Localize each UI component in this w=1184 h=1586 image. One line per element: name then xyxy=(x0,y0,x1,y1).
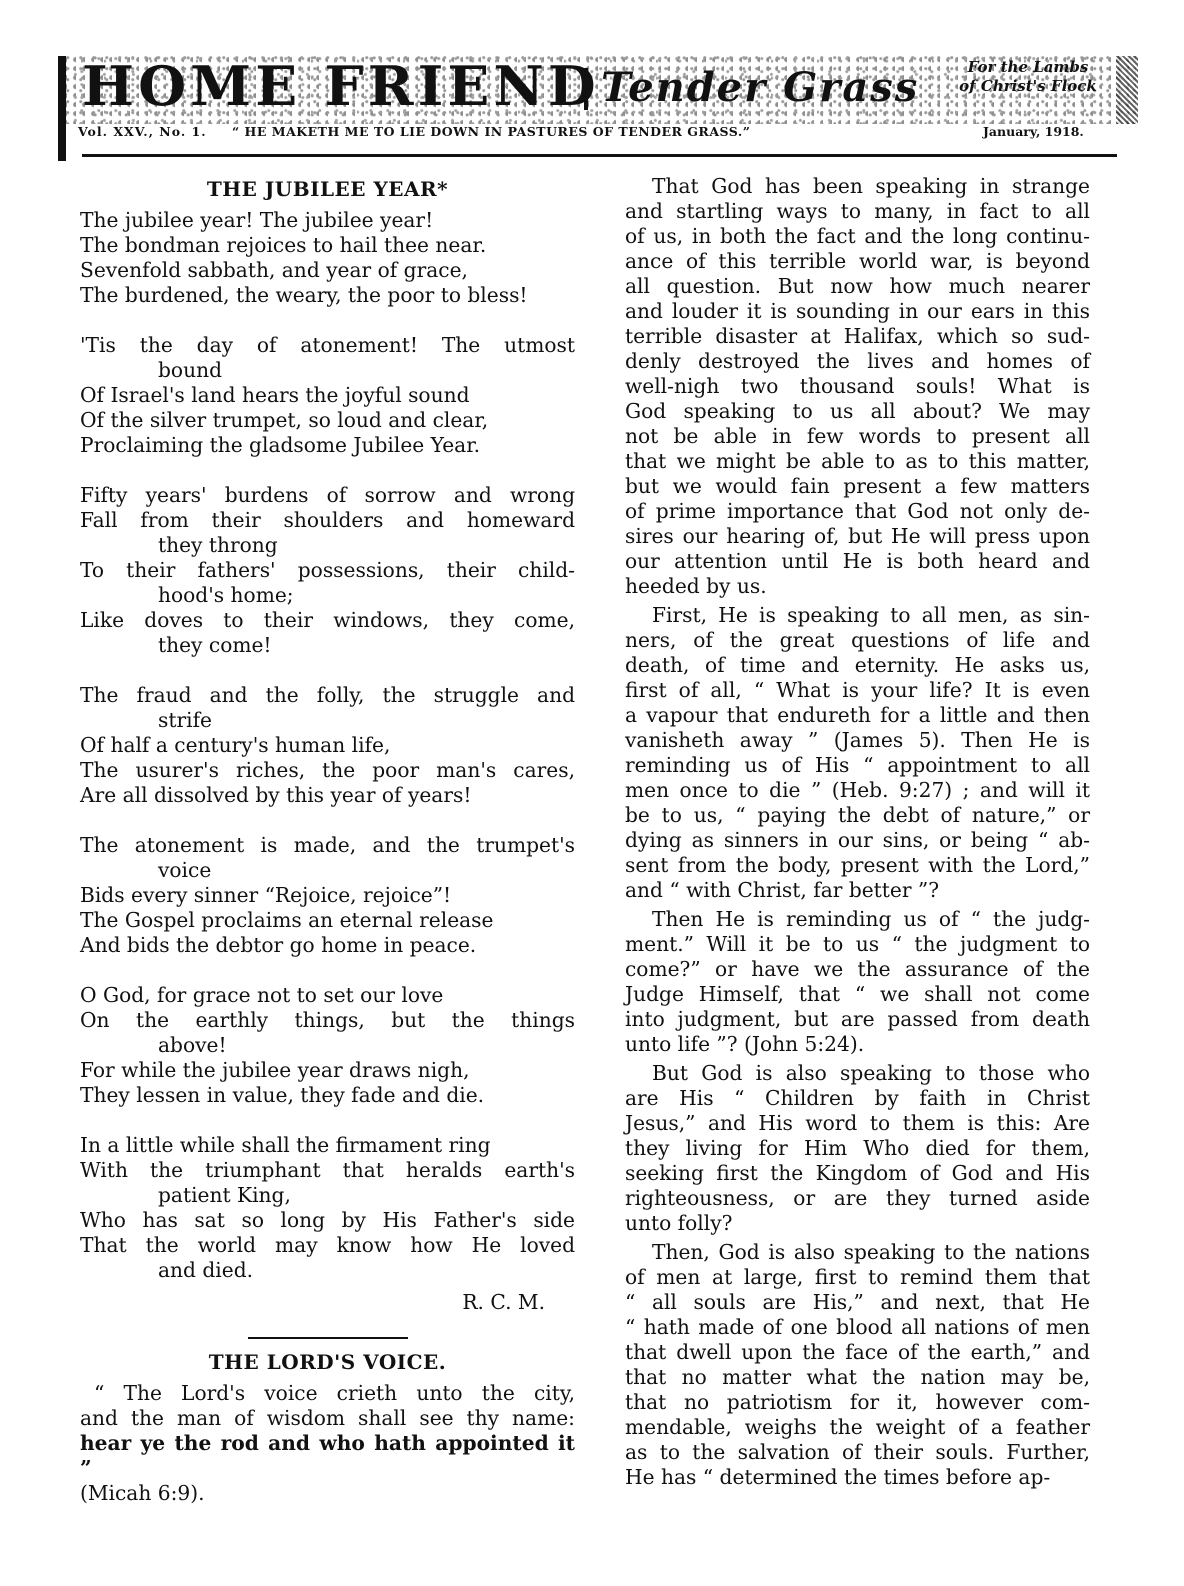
masthead-right-ornament xyxy=(1116,56,1138,124)
poem-stanza: The jubilee year! The jubilee year!The b… xyxy=(80,208,575,308)
masthead: HOME FRIEND Tender Grass For the Lambs o… xyxy=(58,54,1138,164)
article-line: well-nigh two thousand souls! What is xyxy=(598,374,1090,399)
publication-subtitle: Tender Grass xyxy=(601,62,919,114)
article-line: come?” or have we the assurance of the xyxy=(598,957,1090,982)
article-line: vanisheth away ” (James 5). Then He is xyxy=(598,728,1090,753)
article-body: That God has been speaking in strangeand… xyxy=(598,174,1090,1490)
poem-line: Like doves to their windows, they come, xyxy=(80,608,575,633)
poem-line: The fraud and the folly, the struggle an… xyxy=(80,683,575,708)
article-line: and startling ways to many, in fact to a… xyxy=(598,199,1090,224)
poem-line: Of Israel's land hears the joyful sound xyxy=(80,383,575,408)
article-line: Then, God is also speaking to the nation… xyxy=(598,1240,1090,1265)
article-line: men once to die ” (Heb. 9:27) ; and will… xyxy=(598,778,1090,803)
poem-line: Bids every sinner “Rejoice, rejoice”! xyxy=(80,883,575,908)
article-line: He has “ determined the times before ap- xyxy=(598,1465,1090,1490)
poem-stanza: The atonement is made, and the trumpet's… xyxy=(80,833,575,958)
tagline-line-1: For the Lambs xyxy=(938,58,1118,77)
article-line: not be able in few words to present all xyxy=(598,424,1090,449)
article-paragraph: Then He is reminding us of “ the judg-me… xyxy=(598,907,1090,1057)
section-divider xyxy=(248,1337,408,1339)
poem-line: bound xyxy=(80,358,575,383)
poem-line: Who has sat so long by His Father's side xyxy=(80,1208,575,1233)
article-line: ment.” Will it be to us “ the judgment t… xyxy=(598,932,1090,957)
lords-voice-quote: “ The Lord's voice crieth unto the city,… xyxy=(80,1381,575,1506)
poem-line: Fall from their shoulders and homeward xyxy=(80,508,575,533)
left-column: THE JUBILEE YEAR* The jubilee year! The … xyxy=(80,174,575,1506)
poem-line: The usurer's riches, the poor man's care… xyxy=(80,758,575,783)
poem-line: hood's home; xyxy=(80,583,575,608)
poem-line: To their fathers' possessions, their chi… xyxy=(80,558,575,583)
article-line: dying as sinners in our sins, or being “… xyxy=(598,828,1090,853)
article-line: denly destroyed the lives and homes of xyxy=(598,349,1090,374)
article-paragraph: But God is also speaking to those whoare… xyxy=(598,1061,1090,1236)
poem-line: With the triumphant that heralds earth's xyxy=(80,1158,575,1183)
masthead-rule xyxy=(82,154,1117,157)
article-line: Then He is reminding us of “ the judg- xyxy=(598,907,1090,932)
poem-line: Proclaiming the gladsome Jubilee Year. xyxy=(80,433,575,458)
article-line: reminding us of His “ appointment to all xyxy=(598,753,1090,778)
poem-line: On the earthly things, but the things xyxy=(80,1008,575,1033)
poem-line: The bondman rejoices to hail thee near. xyxy=(80,233,575,258)
article-line: “ hath made of one blood all nations of … xyxy=(598,1315,1090,1340)
poem-signature: R. C. M. xyxy=(80,1290,575,1315)
article-line: God speaking to us all about? We may xyxy=(598,399,1090,424)
poem-stanza: Fifty years' burdens of sorrow and wrong… xyxy=(80,483,575,658)
poem-stanza: O God, for grace not to set our loveOn t… xyxy=(80,983,575,1108)
poem-line: they throng xyxy=(80,533,575,558)
poem-line: The burdened, the weary, the poor to ble… xyxy=(80,283,575,308)
issue-date: January, 1918. xyxy=(983,124,1084,139)
article-line: our attention until He is both heard and xyxy=(598,549,1090,574)
article-line: But God is also speaking to those who xyxy=(598,1061,1090,1086)
article-line: that dwell upon the face of the earth,” … xyxy=(598,1340,1090,1365)
right-column: That God has been speaking in strangeand… xyxy=(598,174,1090,1494)
article-line: into judgment, but are passed from death xyxy=(598,1007,1090,1032)
tagline-line-2: of Christ's Flock xyxy=(938,77,1118,96)
article-line: sires our hearing of, but He will press … xyxy=(598,524,1090,549)
article-line: heeded by us. xyxy=(598,574,1090,599)
tagline: For the Lambs of Christ's Flock xyxy=(938,58,1118,96)
article-line: they living for Him Who died for them, xyxy=(598,1136,1090,1161)
article-paragraph: Then, God is also speaking to the nation… xyxy=(598,1240,1090,1490)
section-title-lords-voice: THE LORD'S VOICE. xyxy=(80,1347,575,1377)
poem-line: The atonement is made, and the trumpet's xyxy=(80,833,575,858)
article-line: be to us, “ paying the debt of nature,” … xyxy=(598,803,1090,828)
article-line: ners, of the great questions of life and xyxy=(598,628,1090,653)
article-line: but we would fain present a few matters xyxy=(598,474,1090,499)
article-line: that we might be able to as to this matt… xyxy=(598,449,1090,474)
article-line: a vapour that endureth for a little and … xyxy=(598,703,1090,728)
poem-line: Are all dissolved by this year of years! xyxy=(80,783,575,808)
article-line: as to the salvation of their souls. Furt… xyxy=(598,1440,1090,1465)
article-line: that no matter what the nation may be, xyxy=(598,1365,1090,1390)
poem-line: O God, for grace not to set our love xyxy=(80,983,575,1008)
quote-line: “ The Lord's voice crieth unto the city, xyxy=(80,1381,575,1406)
motto: “ HE MAKETH ME TO LIE DOWN IN PASTURES O… xyxy=(232,124,750,139)
quote-line: and the man of wisdom shall see thy name… xyxy=(80,1406,575,1431)
article-line: of us, in both the fact and the long con… xyxy=(598,224,1090,249)
article-line: That God has been speaking in strange xyxy=(598,174,1090,199)
poem-line: Fifty years' burdens of sorrow and wrong xyxy=(80,483,575,508)
volume-number: Vol. XXV., No. 1. xyxy=(78,124,207,139)
article-line: that no patriotism for it, however com- xyxy=(598,1390,1090,1415)
article-line: of prime importance that God not only de… xyxy=(598,499,1090,524)
poem-line: Of half a century's human life, xyxy=(80,733,575,758)
poem-body: The jubilee year! The jubilee year!The b… xyxy=(80,208,575,1283)
poem-line: They lessen in value, they fade and die. xyxy=(80,1083,575,1108)
article-line: unto life ”? (John 5:24). xyxy=(598,1032,1090,1057)
title-divider xyxy=(584,68,588,110)
article-line: all question. But now how much nearer xyxy=(598,274,1090,299)
poem-line: 'Tis the day of atonement! The utmost xyxy=(80,333,575,358)
poem-line: and died. xyxy=(80,1258,575,1283)
article-line: terrible disaster at Halifax, which so s… xyxy=(598,324,1090,349)
article-line: ance of this terrible world war, is beyo… xyxy=(598,249,1090,274)
article-line: are His “ Children by faith in Christ xyxy=(598,1086,1090,1111)
poem-line: The Gospel proclaims an eternal release xyxy=(80,908,575,933)
article-line: and louder it is sounding in our ears in… xyxy=(598,299,1090,324)
poem-line: The jubilee year! The jubilee year! xyxy=(80,208,575,233)
publication-title: HOME FRIEND xyxy=(82,56,600,116)
poem-line: voice xyxy=(80,858,575,883)
article-line: of men at large, first to remind them th… xyxy=(598,1265,1090,1290)
poem-line: And bids the debtor go home in peace. xyxy=(80,933,575,958)
poem-line: above! xyxy=(80,1033,575,1058)
article-line: seeking first the Kingdom of God and His xyxy=(598,1161,1090,1186)
masthead-left-border xyxy=(58,56,66,161)
article-line: Judge Himself, that “ we shall not come xyxy=(598,982,1090,1007)
article-paragraph: First, He is speaking to all men, as sin… xyxy=(598,603,1090,903)
article-line: unto folly? xyxy=(598,1211,1090,1236)
quote-reference: (Micah 6:9). xyxy=(80,1481,575,1506)
article-line: sent from the body, present with the Lor… xyxy=(598,853,1090,878)
article-line: First, He is speaking to all men, as sin… xyxy=(598,603,1090,628)
poem-line: strife xyxy=(80,708,575,733)
poem-line: For while the jubilee year draws nigh, xyxy=(80,1058,575,1083)
article-line: first of all, “ What is your life? It is… xyxy=(598,678,1090,703)
quote-line: hear ye the rod and who hath appointed i… xyxy=(80,1431,575,1481)
poem-title: THE JUBILEE YEAR* xyxy=(80,174,575,204)
poem-stanza: 'Tis the day of atonement! The utmostbou… xyxy=(80,333,575,458)
poem-line: they come! xyxy=(80,633,575,658)
poem-line: That the world may know how He loved xyxy=(80,1233,575,1258)
poem-line: patient King, xyxy=(80,1183,575,1208)
article-line: death, of time and eternity. He asks us, xyxy=(598,653,1090,678)
article-line: righteousness, or are they turned aside xyxy=(598,1186,1090,1211)
article-line: and “ with Christ, far better ”? xyxy=(598,878,1090,903)
poem-stanza: In a little while shall the firmament ri… xyxy=(80,1133,575,1283)
poem-line: Sevenfold sabbath, and year of grace, xyxy=(80,258,575,283)
masthead-subline: Vol. XXV., No. 1. “ HE MAKETH ME TO LIE … xyxy=(78,124,1118,146)
article-line: mendable, weighs the weight of a feather xyxy=(598,1415,1090,1440)
article-paragraph: That God has been speaking in strangeand… xyxy=(598,174,1090,599)
article-line: Jesus,” and His word to them is this: Ar… xyxy=(598,1111,1090,1136)
poem-line: In a little while shall the firmament ri… xyxy=(80,1133,575,1158)
article-line: “ all souls are His,” and next, that He xyxy=(598,1290,1090,1315)
poem-stanza: The fraud and the folly, the struggle an… xyxy=(80,683,575,808)
poem-line: Of the silver trumpet, so loud and clear… xyxy=(80,408,575,433)
